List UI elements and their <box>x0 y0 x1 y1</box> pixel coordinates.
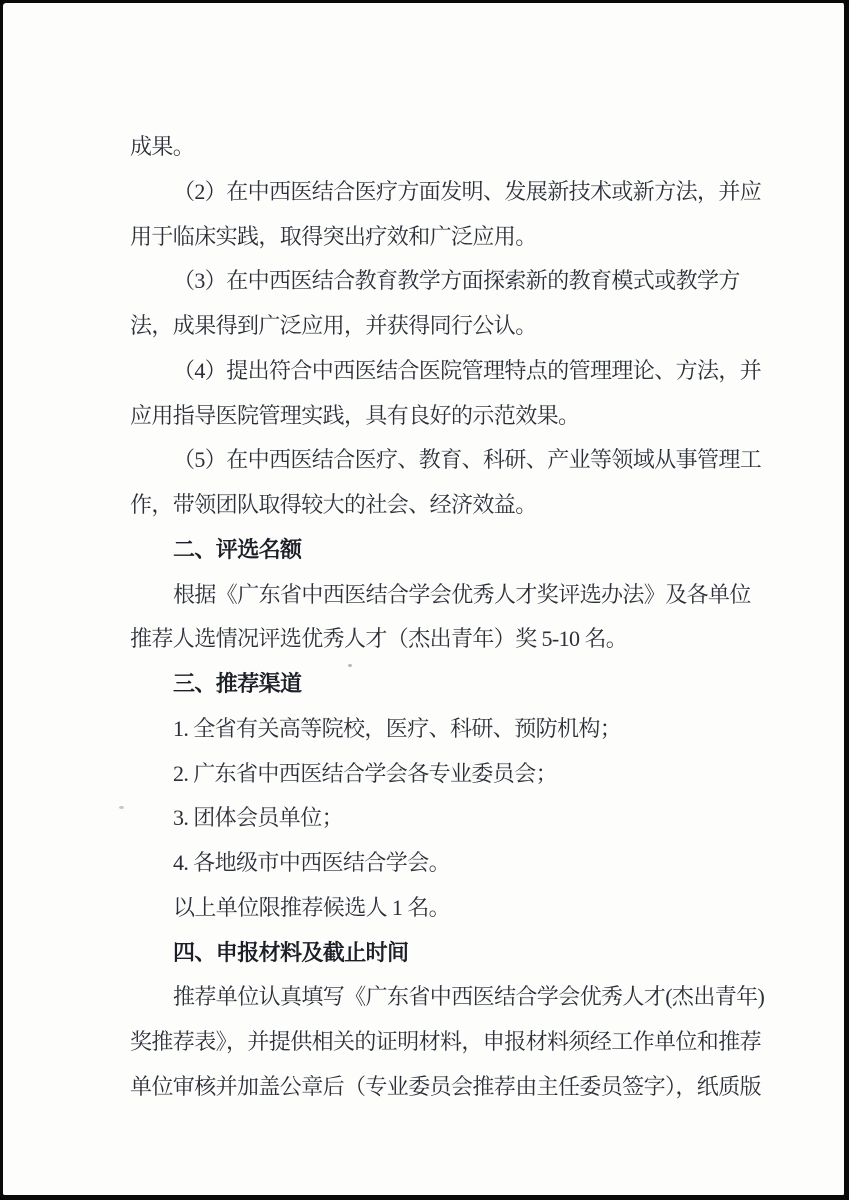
text-line: 4. 各地级市中西医结合学会。 <box>130 841 770 886</box>
text-line: （5）在中西医结合医疗、教育、科研、产业等领域从事管理工 <box>130 438 770 483</box>
text-line: （2）在中西医结合医疗方面发明、发展新技术或新方法，并应 <box>130 170 770 215</box>
text-line: 2. 广东省中西医结合学会各专业委员会； <box>130 752 770 797</box>
text-line: 用于临床实践，取得突出疗效和广泛应用。 <box>130 215 770 260</box>
scan-speck <box>119 806 124 809</box>
text-line: 以上单位限推荐候选人 1 名。 <box>130 886 770 931</box>
text-line: 成果。 <box>130 125 770 170</box>
section-heading: 二、评选名额 <box>130 528 770 573</box>
text-line: 法，成果得到广泛应用，并获得同行公认。 <box>130 304 770 349</box>
text-line: 作，带领团队取得较大的社会、经济效益。 <box>130 483 770 528</box>
text-line: 推荐单位认真填写《广东省中西医结合学会优秀人才(杰出青年) <box>130 975 770 1020</box>
text-line: 应用指导医院管理实践，具有良好的示范效果。 <box>130 394 770 439</box>
section-heading: 四、申报材料及截止时间 <box>130 931 770 976</box>
text-line: 3. 团体会员单位； <box>130 796 770 841</box>
text-line: （3）在中西医结合教育教学方面探索新的教育模式或教学方 <box>130 259 770 304</box>
scanned-page-screenshot: 成果。（2）在中西医结合医疗方面发明、发展新技术或新方法，并应用于临床实践，取得… <box>0 0 849 1200</box>
text-line: 奖推荐表》，并提供相关的证明材料，申报材料须经工作单位和推荐 <box>130 1020 770 1065</box>
text-line: 1. 全省有关高等院校，医疗、科研、预防机构； <box>130 707 770 752</box>
text-line: 推荐人选情况评选优秀人才（杰出青年）奖 5-10 名。 <box>130 617 770 662</box>
text-line: 根据《广东省中西医结合学会优秀人才奖评选办法》及各单位 <box>130 573 770 618</box>
text-line: （4）提出符合中西医结合医院管理特点的管理理论、方法，并 <box>130 349 770 394</box>
scan-speck <box>348 664 352 667</box>
text-line: 单位审核并加盖公章后（专业委员会推荐由主任委员签字），纸质版 <box>130 1065 770 1110</box>
section-heading: 三、推荐渠道 <box>130 662 770 707</box>
document-page: 成果。（2）在中西医结合医疗方面发明、发展新技术或新方法，并应用于临床实践，取得… <box>0 0 849 1200</box>
document-body: 成果。（2）在中西医结合医疗方面发明、发展新技术或新方法，并应用于临床实践，取得… <box>130 125 770 1110</box>
